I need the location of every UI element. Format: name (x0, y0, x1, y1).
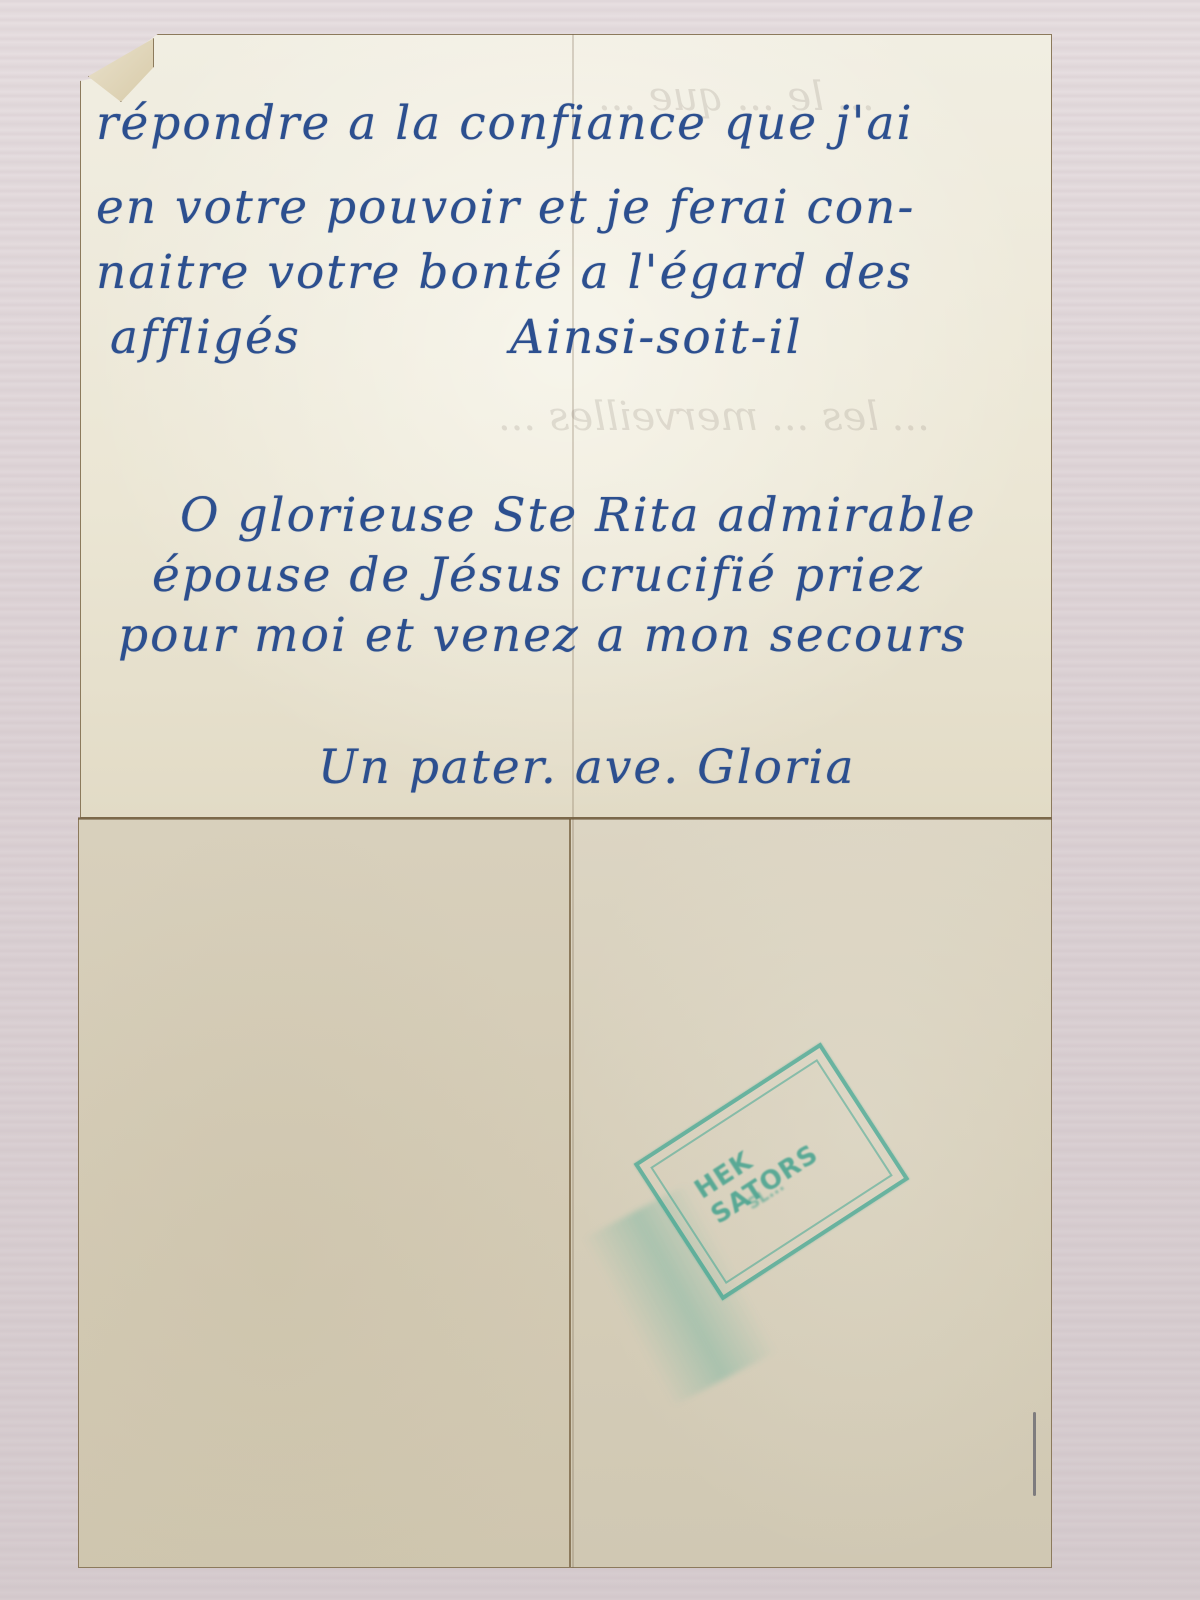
horizontal-fold-line (78, 817, 1052, 820)
invocation-line-2: épouse de Jésus crucifié priez (152, 548, 924, 603)
bleed-through-text: ... les ... merveilles ... (498, 394, 930, 440)
prayer-closing-amen: Ainsi-soit-il (510, 310, 803, 365)
prayer-line-4: affligés (110, 310, 301, 365)
prayer-line-3: naitre votre bonté a l'égard des (96, 245, 913, 300)
prayer-line-1: répondre a la confiance que j'ai (96, 96, 914, 151)
invocation-line-3: pour moi et venez a mon secours (118, 608, 967, 663)
prayer-line-2: en votre pouvoir et je ferai con- (96, 180, 915, 235)
paper-lower-left-panel (78, 818, 570, 1568)
invocation-line-1: O glorieuse Ste Rita admirable (180, 488, 977, 543)
pen-mark (1033, 1412, 1036, 1496)
prayer-footer-instruction: Un pater. ave. Gloria (318, 740, 855, 795)
